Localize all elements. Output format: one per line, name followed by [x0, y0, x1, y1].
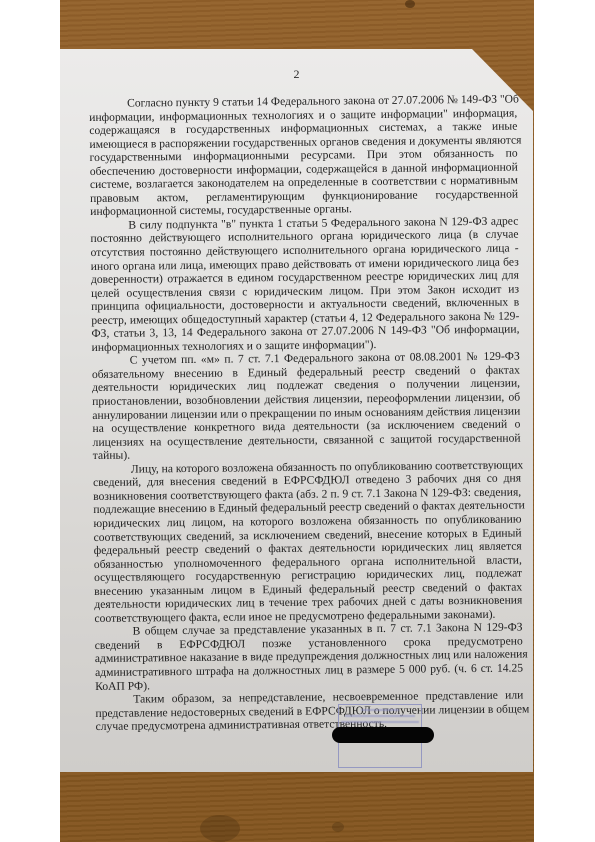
- paragraph: В силу подпункта "в" пункта 1 статьи 5 Ф…: [90, 214, 519, 354]
- document-body: Согласно пункту 9 статьи 14 Федерального…: [89, 93, 524, 734]
- stamp-text-line: [361, 709, 399, 711]
- wood-stain: [332, 822, 344, 832]
- paragraph: В общем случае за представление указанны…: [95, 621, 524, 693]
- stamp-text-line: [345, 715, 415, 717]
- paragraph: Лицу, на которого возложена обязанность …: [93, 458, 523, 625]
- wood-knot: [405, 0, 415, 8]
- document-page: 2 Согласно пункту 9 статьи 14 Федерально…: [60, 49, 533, 772]
- page-number: 2: [60, 67, 533, 82]
- signature-redaction-bar: [332, 727, 434, 743]
- paragraph: С учетом пп. «м» п. 7 ст. 7.1 Федерально…: [92, 350, 521, 463]
- stamp-text-line: [341, 721, 419, 723]
- wood-stain: [200, 815, 240, 842]
- paragraph: Таким образом, за непредставление, несво…: [95, 689, 523, 734]
- paragraph: Согласно пункту 9 статьи 14 Федерального…: [89, 93, 518, 219]
